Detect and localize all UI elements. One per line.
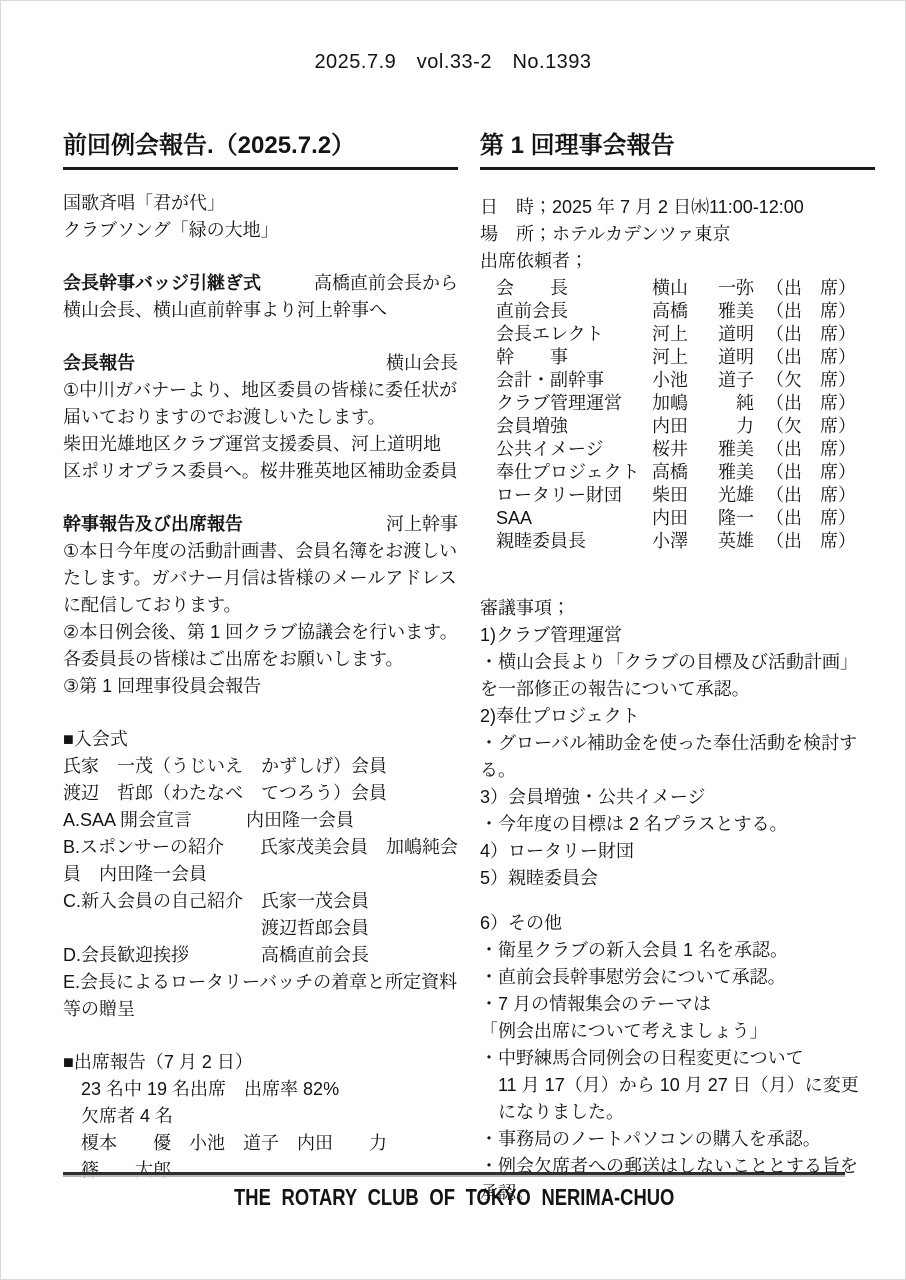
text-line: 5）親睦委員会 bbox=[480, 865, 875, 892]
secretary-report-section: 幹事報告及び出席報告 河上幹事 ①本日今年度の活動計画書、会員名簿をお渡しいたし… bbox=[63, 511, 458, 700]
text-line: ・事務局のノートパソコンの購入を承認。 bbox=[480, 1126, 875, 1153]
board-attendee-row: クラブ管理運営 加嶋 純 （出 席） bbox=[480, 392, 875, 415]
attendee-name: 横山 一弥 bbox=[652, 277, 754, 300]
secretary-report-body: ①本日今年度の活動計画書、会員名簿をお渡しいたします。ガバナー月信は皆様のメール… bbox=[63, 538, 458, 700]
text-line: B.スポンサーの紹介 氏家茂美会員 加嶋純会員 内田隆一会員 bbox=[63, 834, 458, 888]
attendee-status: （出 席） bbox=[766, 300, 856, 323]
attendee-first-name: 道明 bbox=[718, 323, 754, 346]
text-line: 23 名中 19 名出席 出席率 82% bbox=[63, 1076, 458, 1103]
text-line: 11 月 17（月）から 10 月 27 日（月）に変更 bbox=[480, 1072, 875, 1099]
attendee-name: 内田 力 bbox=[652, 415, 754, 438]
attendee-name: 桜井 雅美 bbox=[652, 438, 754, 461]
text-line: になりました。 bbox=[480, 1099, 875, 1126]
text-line: ・中野練馬合同例会の日程変更について bbox=[480, 1045, 875, 1072]
board-attendee-row: 会 長 横山 一弥 （出 席） bbox=[480, 277, 875, 300]
attendee-first-name: 一弥 bbox=[718, 277, 754, 300]
attendee-status: （欠 席） bbox=[766, 415, 856, 438]
attendee-last-name: 高橋 bbox=[652, 300, 688, 323]
attendee-role: 公共イメージ bbox=[496, 438, 644, 461]
attendee-first-name: 雅美 bbox=[718, 438, 754, 461]
text-line: A.SAA 開会宣言 内田隆一会員 bbox=[63, 807, 458, 834]
text-line: ・今年度の目標は 2 名プラスとする。 bbox=[480, 811, 875, 838]
text-line: 氏家 一茂（うじいえ かずしげ）会員 bbox=[63, 753, 458, 780]
attendee-role: 直前会長 bbox=[496, 300, 644, 323]
attendee-first-name: 道子 bbox=[718, 369, 754, 392]
agenda-section: 審議事項； 1)クラブ管理運営・横山会長より「クラブの目標及び活動計画」を一部修… bbox=[480, 595, 875, 892]
text-line: 国歌斉唱「君が代」 bbox=[63, 190, 458, 217]
attendance-report-section: ■出席報告（7 月 2 日） 23 名中 19 名出席 出席率 82% 欠席者 … bbox=[63, 1049, 458, 1184]
other-items-section: 6）その他 ・衛星クラブの新入会員 1 名を承認。・直前会長幹事慰労会について承… bbox=[480, 910, 875, 1207]
agenda-body: 1)クラブ管理運営・横山会長より「クラブの目標及び活動計画」を一部修正の報告につ… bbox=[480, 622, 875, 892]
president-report-heading-right: 横山会長 bbox=[386, 350, 458, 377]
text-line: D.会長歓迎挨拶 高橋直前会長 bbox=[63, 942, 458, 969]
board-attendee-row: 会計・副幹事 小池 道子 （欠 席） bbox=[480, 369, 875, 392]
attendance-report-body: 23 名中 19 名出席 出席率 82% 欠席者 4 名 榎本 優 小池 道子 … bbox=[63, 1076, 458, 1184]
text-line: 欠席者 4 名 bbox=[63, 1103, 458, 1130]
text-line: 柴田光雄地区クラブ運営支援委員、河上道明地区ポリオプラス委員へ。桜井雅英地区補助… bbox=[63, 431, 458, 485]
text-line: 渡辺 哲郎（わたなべ てつろう）会員 bbox=[63, 780, 458, 807]
text-line: E.会長によるロータリーバッチの着章と所定資料等の贈呈 bbox=[63, 969, 458, 1023]
attendee-status: （出 席） bbox=[766, 461, 856, 484]
board-meeting-report-title: 第 1 回理事会報告 bbox=[480, 132, 875, 170]
attendee-role: SAA bbox=[496, 507, 644, 530]
other-items-body: ・衛星クラブの新入会員 1 名を承認。・直前会長幹事慰労会について承認。・7 月… bbox=[480, 937, 875, 1207]
attendee-status: （出 席） bbox=[766, 323, 856, 346]
attendee-name: 河上 道明 bbox=[652, 323, 754, 346]
attendee-status: （出 席） bbox=[766, 392, 856, 415]
attendee-name: 小澤 英雄 bbox=[652, 530, 754, 553]
attendee-last-name: 小池 bbox=[652, 369, 688, 392]
text-line: 3）会員増強・公共イメージ bbox=[480, 784, 875, 811]
text-line: C.新入会員の自己紹介 氏家一茂会員 bbox=[63, 888, 458, 915]
bulletin-page: 2025.7.9 vol.33-2 No.1393 前回例会報告.（2025.7… bbox=[0, 0, 906, 1280]
other-items-heading: 6）その他 bbox=[480, 910, 875, 937]
text-line: 4）ロータリー財団 bbox=[480, 838, 875, 865]
text-line: 2)奉仕プロジェクト bbox=[480, 703, 875, 730]
attendee-name: 内田 隆一 bbox=[652, 507, 754, 530]
board-meeting-report-column: 第 1 回理事会報告 日 時；2025 年 7 月 2 日㈬11:00-12:0… bbox=[480, 132, 875, 1207]
club-name-footer: THE ROTARY CLUB OF TOKYO NERIMA-CHUO bbox=[234, 1184, 674, 1211]
board-attendee-row: 会員増強 内田 力 （欠 席） bbox=[480, 415, 875, 438]
attendee-role: 会長エレクト bbox=[496, 323, 644, 346]
attendee-role: 会 長 bbox=[496, 277, 644, 300]
president-report-heading: 会長報告 bbox=[63, 350, 135, 377]
attendee-last-name: 桜井 bbox=[652, 438, 688, 461]
attendee-status: （欠 席） bbox=[766, 369, 856, 392]
badge-handover-heading-right: 高橋直前会長から bbox=[314, 270, 458, 297]
board-attendee-row: 親睦委員長 小澤 英雄 （出 席） bbox=[480, 530, 875, 553]
attendee-last-name: 河上 bbox=[652, 346, 688, 369]
attendee-last-name: 柴田 bbox=[652, 484, 688, 507]
attendee-first-name: 雅美 bbox=[718, 300, 754, 323]
attendee-first-name: 力 bbox=[736, 415, 754, 438]
attendee-first-name: 光雄 bbox=[718, 484, 754, 507]
attendee-role: 幹 事 bbox=[496, 346, 644, 369]
board-attendee-table: 会 長 横山 一弥 （出 席） 直前会長 高橋 雅美 bbox=[480, 277, 875, 553]
attendee-role: ロータリー財団 bbox=[496, 484, 644, 507]
agenda-heading: 審議事項； bbox=[480, 595, 875, 622]
text-line: ①中川ガバナーより、地区委員の皆様に委任状が届いておりますのでお渡しいたします。 bbox=[63, 377, 458, 431]
attendee-first-name: 道明 bbox=[718, 346, 754, 369]
attendee-last-name: 加嶋 bbox=[652, 392, 688, 415]
text-line: 場 所；ホテルカデンツァ東京 bbox=[480, 221, 875, 248]
badge-handover-heading: 会長幹事バッジ引継ぎ式 bbox=[63, 270, 261, 297]
text-line: ・衛星クラブの新入会員 1 名を承認。 bbox=[480, 937, 875, 964]
attendee-status: （出 席） bbox=[766, 484, 856, 507]
previous-meeting-report-column: 前回例会報告.（2025.7.2） 国歌斉唱「君が代」クラブソング「緑の大地」 … bbox=[63, 132, 458, 1207]
badge-handover-section: 会長幹事バッジ引継ぎ式 高橋直前会長から 横山会長、横山直前幹事より河上幹事へ bbox=[63, 270, 458, 324]
attendee-status: （出 席） bbox=[766, 507, 856, 530]
board-attendee-row: 幹 事 河上 道明 （出 席） bbox=[480, 346, 875, 369]
induction-ceremony-heading: ■入会式 bbox=[63, 726, 458, 753]
attendee-name: 河上 道明 bbox=[652, 346, 754, 369]
attendee-first-name: 隆一 bbox=[718, 507, 754, 530]
attendee-status: （出 席） bbox=[766, 277, 856, 300]
text-line: 渡辺哲郎会員 bbox=[63, 915, 458, 942]
attendee-name: 加嶋 純 bbox=[652, 392, 754, 415]
text-line: ・直前会長幹事慰労会について承認。 bbox=[480, 964, 875, 991]
text-line: 「例会出席について考えましょう」 bbox=[480, 1018, 875, 1045]
attendee-role: 会員増強 bbox=[496, 415, 644, 438]
attendee-last-name: 小澤 bbox=[652, 530, 688, 553]
attendee-name: 小池 道子 bbox=[652, 369, 754, 392]
attendee-role: 会計・副幹事 bbox=[496, 369, 644, 392]
board-attendee-row: ロータリー財団 柴田 光雄 （出 席） bbox=[480, 484, 875, 507]
text-line: クラブソング「緑の大地」 bbox=[63, 217, 458, 244]
induction-ceremony-section: ■入会式 氏家 一茂（うじいえ かずしげ）会員渡辺 哲郎（わたなべ てつろう）会… bbox=[63, 726, 458, 1023]
board-attendee-row: 公共イメージ 桜井 雅美 （出 席） bbox=[480, 438, 875, 461]
footer-divider bbox=[63, 1172, 845, 1177]
text-line: 1)クラブ管理運営 bbox=[480, 622, 875, 649]
text-line: ・7 月の情報集会のテーマは bbox=[480, 991, 875, 1018]
attendee-first-name: 雅美 bbox=[718, 461, 754, 484]
attendee-name: 高橋 雅美 bbox=[652, 461, 754, 484]
page-footer: THE ROTARY CLUB OF TOKYO NERIMA-CHUO bbox=[63, 1172, 845, 1211]
opening-songs-section: 国歌斉唱「君が代」クラブソング「緑の大地」 bbox=[63, 190, 458, 244]
attendee-last-name: 横山 bbox=[652, 277, 688, 300]
badge-handover-body: 横山会長、横山直前幹事より河上幹事へ bbox=[63, 297, 458, 324]
board-attendee-row: 会長エレクト 河上 道明 （出 席） bbox=[480, 323, 875, 346]
attendee-first-name: 純 bbox=[736, 392, 754, 415]
board-attendee-row: 奉仕プロジェクト 高橋 雅美 （出 席） bbox=[480, 461, 875, 484]
attendee-last-name: 内田 bbox=[652, 507, 688, 530]
text-line: ③第 1 回理事役員会報告 bbox=[63, 673, 458, 700]
induction-ceremony-body: 氏家 一茂（うじいえ かずしげ）会員渡辺 哲郎（わたなべ てつろう）会員A.SA… bbox=[63, 753, 458, 1023]
attendee-last-name: 内田 bbox=[652, 415, 688, 438]
text-line: ②本日例会後、第 1 回クラブ協議会を行います。各委員長の皆様はご出席をお願いし… bbox=[63, 619, 458, 673]
text-line: ・横山会長より「クラブの目標及び活動計画」を一部修正の報告について承認。 bbox=[480, 649, 875, 703]
text-line: 日 時；2025 年 7 月 2 日㈬11:00-12:00 bbox=[480, 194, 875, 221]
attendance-report-heading: ■出席報告（7 月 2 日） bbox=[63, 1049, 458, 1076]
meeting-info-section: 日 時；2025 年 7 月 2 日㈬11:00-12:00場 所；ホテルカデン… bbox=[480, 194, 875, 275]
attendee-first-name: 英雄 bbox=[718, 530, 754, 553]
secretary-report-heading-row: 幹事報告及び出席報告 河上幹事 bbox=[63, 511, 458, 538]
two-column-body: 前回例会報告.（2025.7.2） 国歌斉唱「君が代」クラブソング「緑の大地」 … bbox=[63, 132, 875, 1207]
badge-handover-heading-row: 会長幹事バッジ引継ぎ式 高橋直前会長から bbox=[63, 270, 458, 297]
board-attendee-row: SAA 内田 隆一 （出 席） bbox=[480, 507, 875, 530]
president-report-body: ①中川ガバナーより、地区委員の皆様に委任状が届いておりますのでお渡しいたします。… bbox=[63, 377, 458, 485]
attendee-status: （出 席） bbox=[766, 346, 856, 369]
attendee-name: 高橋 雅美 bbox=[652, 300, 754, 323]
board-attendee-row: 直前会長 高橋 雅美 （出 席） bbox=[480, 300, 875, 323]
text-line: 出席依頼者； bbox=[480, 248, 875, 275]
attendee-role: クラブ管理運営 bbox=[496, 392, 644, 415]
text-line: ・グローバル補助金を使った奉仕活動を検討する。 bbox=[480, 730, 875, 784]
text-line: 榎本 優 小池 道子 内田 力 bbox=[63, 1130, 458, 1157]
attendee-role: 奉仕プロジェクト bbox=[496, 461, 644, 484]
text-line: ①本日今年度の活動計画書、会員名簿をお渡しいたします。ガバナー月信は皆様のメール… bbox=[63, 538, 458, 619]
previous-meeting-report-title: 前回例会報告.（2025.7.2） bbox=[63, 132, 458, 170]
secretary-report-heading-right: 河上幹事 bbox=[386, 511, 458, 538]
attendee-status: （出 席） bbox=[766, 438, 856, 461]
issue-header: 2025.7.9 vol.33-2 No.1393 bbox=[1, 1, 905, 74]
secretary-report-heading: 幹事報告及び出席報告 bbox=[63, 511, 243, 538]
attendee-last-name: 高橋 bbox=[652, 461, 688, 484]
attendee-role: 親睦委員長 bbox=[496, 530, 644, 553]
attendee-status: （出 席） bbox=[766, 530, 856, 553]
president-report-section: 会長報告 横山会長 ①中川ガバナーより、地区委員の皆様に委任状が届いておりますの… bbox=[63, 350, 458, 485]
president-report-heading-row: 会長報告 横山会長 bbox=[63, 350, 458, 377]
attendee-name: 柴田 光雄 bbox=[652, 484, 754, 507]
attendee-last-name: 河上 bbox=[652, 323, 688, 346]
